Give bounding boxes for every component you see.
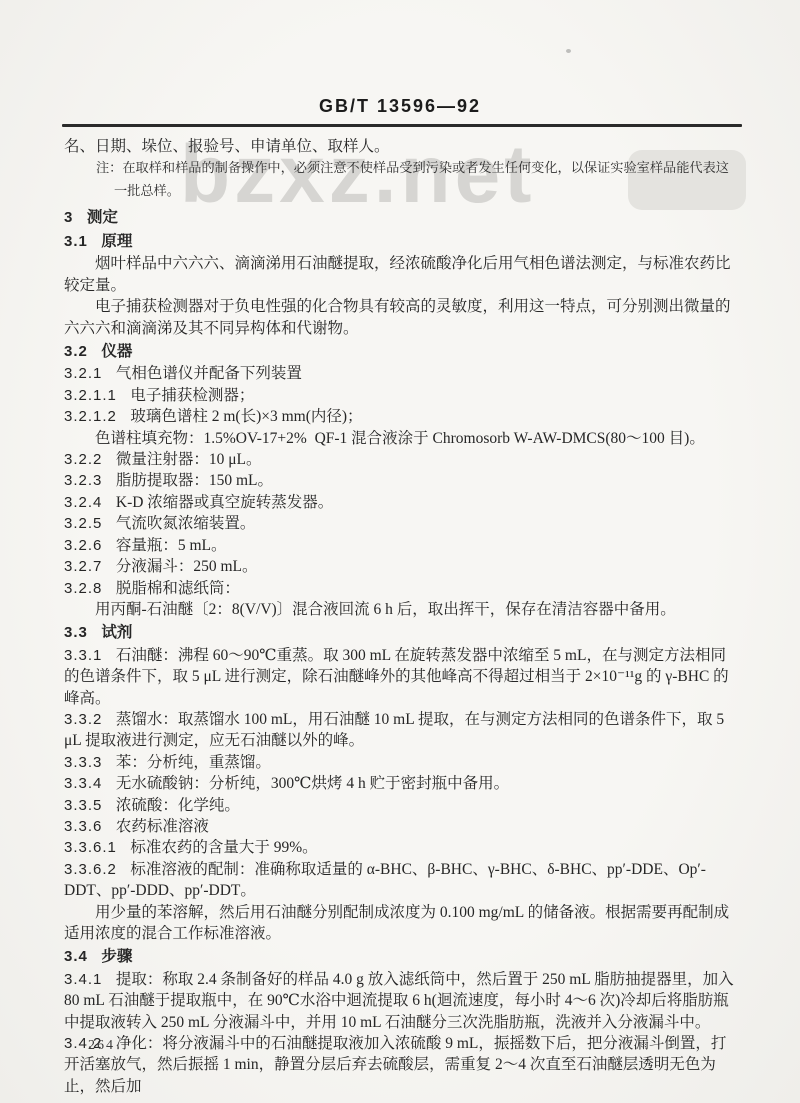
clause-number: 3.3.6.1 [64, 839, 117, 856]
clause-number: 3.4.1 [64, 971, 102, 988]
clause-3-2-1-1: 3.2.1.1电子捕获检测器； [64, 385, 741, 406]
clause-number: 3.2.7 [64, 558, 102, 575]
clause-number: 3.3.1 [64, 647, 102, 664]
clause-number: 3.2 [64, 343, 88, 360]
page-number: 264 [88, 1038, 115, 1054]
paragraph-text: 容量瓶：5 mL。 [116, 537, 227, 554]
paragraph-text: 气相色谱仪并配备下列装置 [116, 365, 302, 382]
clause-number: 3.2.1.1 [64, 387, 117, 404]
paragraph: 名、日期、垛位、报验号、申请单位、取样人。 [64, 136, 741, 157]
paragraph-text: 气流吹氮浓缩装置。 [116, 515, 256, 532]
paragraph: 用丙酮-石油醚〔2：8(V/V)〕混合液回流 6 h 后，取出挥干，保存在清洁容… [64, 599, 741, 620]
paragraph: 色谱柱填充物：1.5%OV-17+2% QF-1 混合液涂于 Chromosor… [64, 428, 741, 449]
clause-number: 3.2.1.2 [64, 408, 117, 425]
paragraph-text: 色谱柱填充物：1.5%OV-17+2% QF-1 混合液涂于 Chromosor… [95, 430, 705, 447]
paragraph-text: 电子捕获检测器对于负电性强的化合物具有较高的灵敏度，利用这一特点，可分别测出微量… [64, 298, 731, 336]
clause-number: 3.2.5 [64, 515, 102, 532]
clause-3-2: 3.2仪器 [64, 341, 741, 362]
paragraph-text: 浓硫酸：化学纯。 [116, 797, 240, 814]
clause-number: 3.3.2 [64, 711, 102, 728]
clause-3-4-1: 3.4.1提取：称取 2.4 条制备好的样品 4.0 g 放入滤纸筒中，然后置于… [64, 969, 741, 1033]
clause-3: 3测定 [64, 207, 741, 228]
clause-3-3-6-2: 3.3.6.2标准溶液的配制：准确称取适量的 α-BHC、β-BHC、γ-BHC… [64, 859, 741, 902]
clause-number: 3.1 [64, 233, 88, 250]
clause-3-2-1: 3.2.1气相色谱仪并配备下列装置 [64, 363, 741, 384]
paragraph-text: 蒸馏水：取蒸馏水 100 mL，用石油醚 10 mL 提取，在与测定方法相同的色… [64, 711, 728, 749]
paragraph-text: 用丙酮-石油醚〔2：8(V/V)〕混合液回流 6 h 后，取出挥干，保存在清洁容… [95, 601, 676, 618]
clause-number: 3.4 [64, 948, 88, 965]
paragraph-text: 烟叶样品中六六六、滴滴涕用石油醚提取，经浓硫酸净化后用气相色谱法测定，与标准农药… [64, 255, 731, 293]
clause-3-3-6-1: 3.3.6.1标准农药的含量大于 99%。 [64, 837, 741, 858]
paragraph-text: 标准农药的含量大于 99%。 [130, 839, 317, 856]
clause-number: 3.2.3 [64, 472, 102, 489]
document-body: 名、日期、垛位、报验号、申请单位、取样人。注：在取样和样品的制备操作中，必须注意… [64, 136, 741, 1097]
clause-3-2-6: 3.2.6容量瓶：5 mL。 [64, 535, 741, 556]
clause-number: 3.3 [64, 624, 88, 641]
paragraph-text: K-D 浓缩器或真空旋转蒸发器。 [116, 494, 333, 511]
standard-number-header: GB/T 13596—92 [0, 96, 800, 117]
clause-3-3-4: 3.3.4无水硫酸钠：分析纯，300℃烘烤 4 h 贮于密封瓶中备用。 [64, 773, 741, 794]
clause-number: 3.3.6 [64, 818, 102, 835]
clause-3-2-4: 3.2.4K-D 浓缩器或真空旋转蒸发器。 [64, 492, 741, 513]
clause-3-2-1-2: 3.2.1.2玻璃色谱柱 2 m(长)×3 mm(内径)； [64, 406, 741, 427]
clause-3-3-3: 3.3.3苯：分析纯，重蒸馏。 [64, 752, 741, 773]
paragraph-text: 微量注射器：10 μL。 [116, 451, 262, 468]
clause-number: 3.2.4 [64, 494, 102, 511]
clause-3-2-3: 3.2.3脂肪提取器：150 mL。 [64, 470, 741, 491]
clause-number: 3.2.2 [64, 451, 102, 468]
clause-3-4-2: 3.4.2净化：将分液漏斗中的石油醚提取液加入浓硫酸 9 mL，振摇数下后，把分… [64, 1033, 741, 1097]
clause-3-2-7: 3.2.7分液漏斗：250 mL。 [64, 556, 741, 577]
clause-number: 3.2.1 [64, 365, 102, 382]
paragraph-text: 测定 [87, 209, 118, 226]
clause-number: 3.3.4 [64, 775, 102, 792]
clause-number: 3.3.3 [64, 754, 102, 771]
clause-3-3-5: 3.3.5浓硫酸：化学纯。 [64, 795, 741, 816]
clause-3-1: 3.1原理 [64, 231, 741, 252]
paragraph-text: 提取：称取 2.4 条制备好的样品 4.0 g 放入滤纸筒中，然后置于 250 … [64, 971, 737, 1031]
clause-3-2-8: 3.2.8脱脂棉和滤纸筒： [64, 578, 741, 599]
clause-3-4: 3.4步骤 [64, 946, 741, 967]
paragraph-text: 脱脂棉和滤纸筒： [116, 580, 240, 597]
clause-3-3: 3.3试剂 [64, 622, 741, 643]
clause-number: 3.2.6 [64, 537, 102, 554]
paragraph: 用少量的苯溶解，然后用石油醚分别配制成浓度为 0.100 mg/mL 的储备液。… [64, 902, 741, 945]
clause-3-2-2: 3.2.2微量注射器：10 μL。 [64, 449, 741, 470]
header-rule [62, 124, 742, 127]
paragraph-text: 用少量的苯溶解，然后用石油醚分别配制成浓度为 0.100 mg/mL 的储备液。… [64, 904, 729, 942]
paragraph-text: 标准溶液的配制：准确称取适量的 α-BHC、β-BHC、γ-BHC、δ-BHC、… [64, 861, 706, 899]
document-page: bzxz.net GB/T 13596—92 名、日期、垛位、报验号、申请单位、… [0, 0, 800, 1103]
clause-number: 3 [64, 209, 73, 226]
paragraph-text: 脂肪提取器：150 mL。 [116, 472, 273, 489]
paragraph-text: 电子捕获检测器； [130, 387, 254, 404]
paragraph: 注：在取样和样品的制备操作中，必须注意不使样品受到污染或者发生任何变化，以保证实… [96, 157, 741, 202]
paragraph-text: 苯：分析纯，重蒸馏。 [116, 754, 271, 771]
clause-3-3-2: 3.3.2蒸馏水：取蒸馏水 100 mL，用石油醚 10 mL 提取，在与测定方… [64, 709, 741, 752]
paragraph-text: 注：在取样和样品的制备操作中，必须注意不使样品受到污染或者发生任何变化，以保证实… [96, 160, 729, 198]
clause-number: 3.2.8 [64, 580, 102, 597]
paragraph-text: 无水硫酸钠：分析纯，300℃烘烤 4 h 贮于密封瓶中备用。 [116, 775, 509, 792]
clause-number: 3.3.6.2 [64, 861, 117, 878]
paragraph-text: 分液漏斗：250 mL。 [116, 558, 258, 575]
paragraph-text: 仪器 [101, 343, 132, 360]
paragraph-text: 原理 [101, 233, 132, 250]
scan-artifact-dot [566, 49, 571, 53]
clause-number: 3.3.5 [64, 797, 102, 814]
paragraph-text: 玻璃色谱柱 2 m(长)×3 mm(内径)； [130, 408, 362, 425]
paragraph-text: 石油醚：沸程 60～90℃重蒸。取 300 mL 在旋转蒸发器中浓缩至 5 mL… [64, 647, 729, 707]
paragraph-text: 农药标准溶液 [116, 818, 209, 835]
paragraph: 烟叶样品中六六六、滴滴涕用石油醚提取，经浓硫酸净化后用气相色谱法测定，与标准农药… [64, 253, 741, 296]
clause-3-3-1: 3.3.1石油醚：沸程 60～90℃重蒸。取 300 mL 在旋转蒸发器中浓缩至… [64, 645, 741, 709]
clause-3-2-5: 3.2.5气流吹氮浓缩装置。 [64, 513, 741, 534]
paragraph-text: 净化：将分液漏斗中的石油醚提取液加入浓硫酸 9 mL，振摇数下后，把分液漏斗倒置… [64, 1035, 726, 1095]
paragraph-text: 名、日期、垛位、报验号、申请单位、取样人。 [64, 138, 390, 155]
paragraph: 电子捕获检测器对于负电性强的化合物具有较高的灵敏度，利用这一特点，可分别测出微量… [64, 296, 741, 339]
paragraph-text: 步骤 [101, 948, 132, 965]
clause-3-3-6: 3.3.6农药标准溶液 [64, 816, 741, 837]
paragraph-text: 试剂 [101, 624, 132, 641]
